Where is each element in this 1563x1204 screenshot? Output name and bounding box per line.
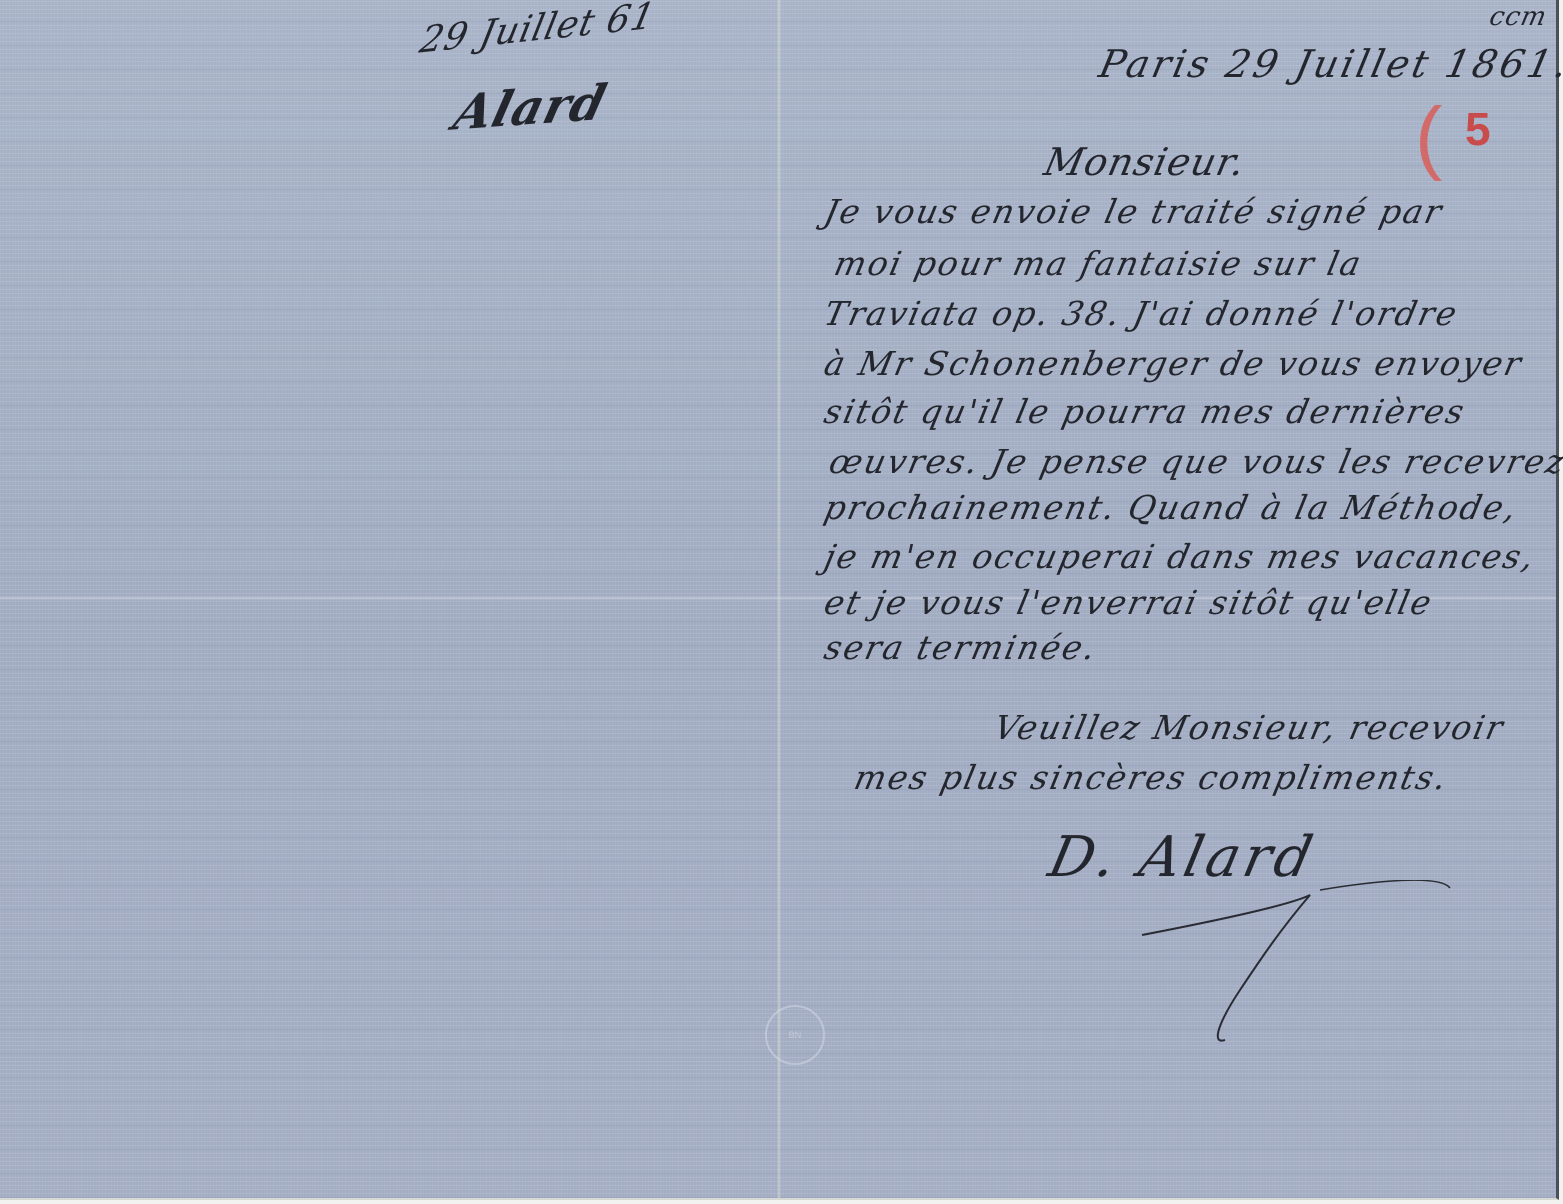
body-line: et je vous l'enverrai sitôt qu'elle [821,583,1437,622]
salutation: Monsieur. [1040,140,1249,184]
body-line: Traviata op. 38. J'ai donné l'ordre [821,294,1462,333]
place-date: Paris 29 Juillet 1861. [1095,42,1563,86]
body-line: à Mr Schonenberger de vous envoyer [821,344,1527,383]
closing-line: mes plus sincères compliments. [851,758,1452,797]
library-stamp: BN [765,1005,825,1065]
body-line: moi pour ma fantaisie sur la [831,244,1366,283]
red-paren: ( [1415,90,1442,184]
body-line: je m'en occuperai dans mes vacances, [821,537,1539,576]
letter-sheet: 29 Juillet 61 Alard ccm Paris 29 Juillet… [0,0,1559,1200]
body-line: sera terminée. [821,628,1101,667]
annotation-date: 29 Juillet 61 [416,0,659,62]
body-line: Je vous envoie le traité signé par [821,192,1447,231]
body-line: prochainement. Quand à la Méthode, [821,488,1522,527]
annotation-name: Alard [448,74,612,142]
folio-mark: ccm [1487,2,1550,32]
body-line: sitôt qu'il le pourra mes dernières [821,392,1469,431]
closing-line: Veuillez Monsieur, recevoir [991,708,1508,747]
red-number: 5 [1465,102,1491,156]
body-line: œuvres. Je pense que vous les recevrez [826,442,1563,481]
signature-flourish-icon [1140,880,1460,1050]
